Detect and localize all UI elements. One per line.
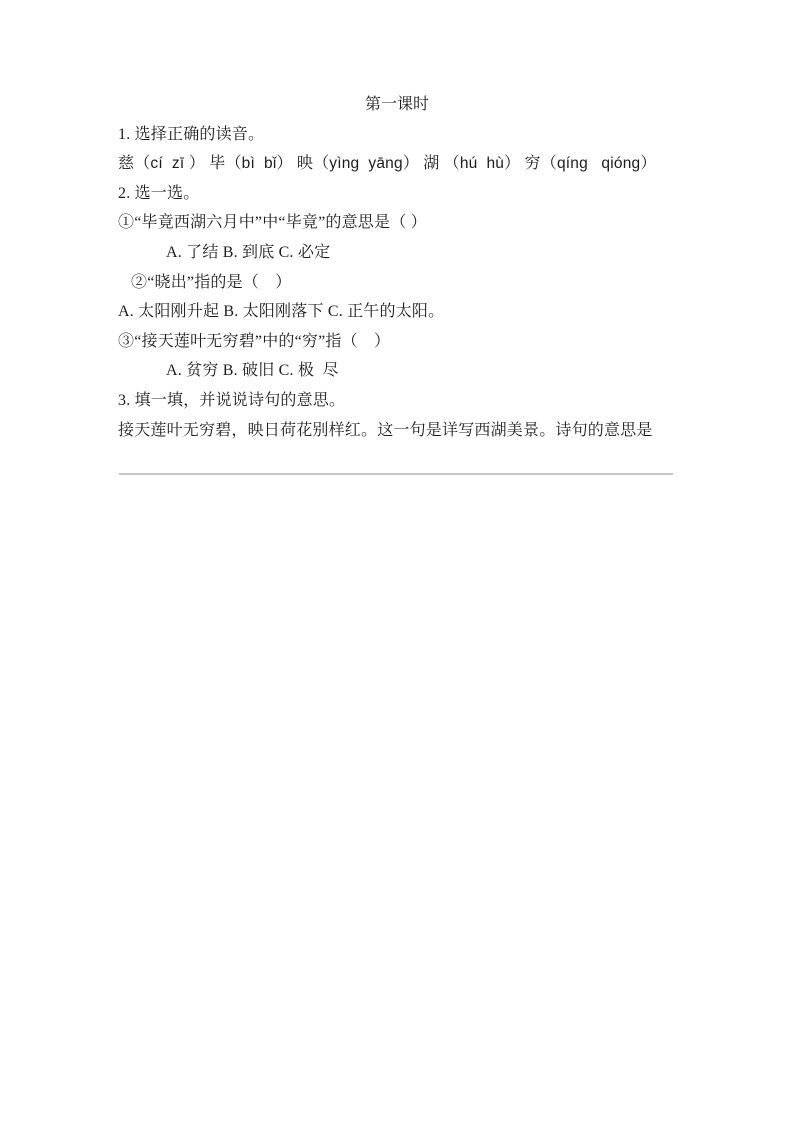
- hanzi-segment: ）: [640, 155, 656, 172]
- question-2-prompt: 2. 选一选。: [118, 179, 676, 209]
- pinyin-segment: bì bǐ: [242, 155, 277, 172]
- question-3-prompt: 3. 填一填，并说说诗句的意思。: [118, 386, 676, 416]
- question-1-prompt: 1. 选择正确的读音。: [118, 120, 676, 150]
- pinyin-segment: cí zī: [150, 155, 188, 172]
- hanzi-segment: ） 湖 （: [403, 155, 460, 172]
- sub-question-2: ②“晓出”指的是（ ）: [118, 268, 676, 298]
- hanzi-segment: ） 穷（: [504, 155, 557, 172]
- hanzi-segment: ） 映（: [276, 155, 329, 172]
- sub-question-3: ③“接天莲叶无穷碧”中的“穷”指（ ）: [118, 327, 676, 357]
- pinyin-segment: yìng yāng: [329, 155, 403, 172]
- hanzi-segment: ） 毕（: [189, 155, 242, 172]
- question-3-sentence: 接天莲叶无穷碧，映日荷花别样红。这一句是详写西湖美景。诗句的意思是: [118, 416, 676, 446]
- sub-question-1-options: A. 了结 B. 到底 C. 必定: [118, 238, 676, 268]
- sub-question-3-options: A. 贫穷 B. 破旧 C. 极 尽: [118, 356, 676, 386]
- pinyin-segment: hú hù: [460, 155, 504, 172]
- worksheet-title: 第一课时: [118, 90, 676, 120]
- sub-question-1: ①“毕竟西湖六月中”中“毕竟”的意思是（ ）: [118, 208, 676, 238]
- worksheet-body: 第一课时 1. 选择正确的读音。 慈（cí zī ） 毕（bì bǐ） 映（yì…: [118, 90, 676, 475]
- sub-question-2-options: A. 太阳刚升起 B. 太阳刚落下 C. 正午的太阳。: [118, 297, 676, 327]
- pinyin-segment: qíng qióng: [557, 155, 640, 172]
- worksheet-page: 第一课时 1. 选择正确的读音。 慈（cí zī ） 毕（bì bǐ） 映（yì…: [0, 0, 793, 1122]
- pronunciation-line: 慈（cí zī ） 毕（bì bǐ） 映（yìng yāng） 湖 （hú hù…: [118, 149, 676, 179]
- answer-blank-line: [119, 473, 673, 475]
- hanzi-segment: 慈（: [118, 155, 150, 172]
